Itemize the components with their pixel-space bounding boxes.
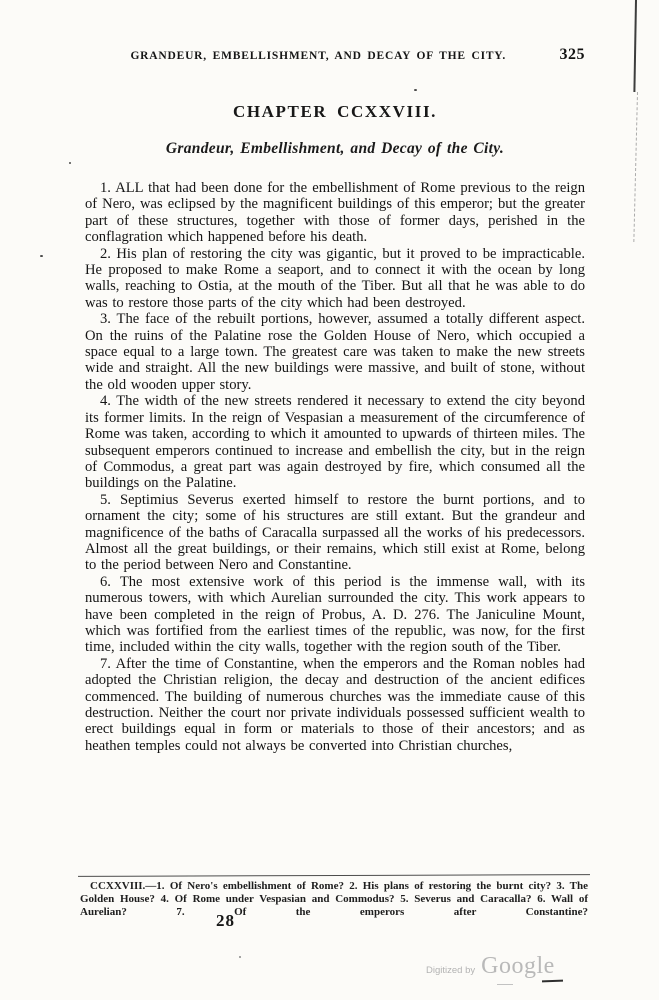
scan-speck bbox=[40, 255, 43, 257]
page-number: 325 bbox=[560, 46, 586, 64]
scan-ink-dash bbox=[497, 984, 513, 985]
scan-speck bbox=[414, 89, 417, 91]
paragraph-2: 2. His plan of restoring the city was gi… bbox=[85, 246, 585, 312]
chapter-heading: CHAPTER CCXXVIII. bbox=[85, 102, 585, 122]
scan-speck bbox=[239, 956, 241, 958]
footnote-divider bbox=[78, 874, 590, 877]
paragraph-6: 6. The most extensive work of this perio… bbox=[85, 574, 585, 656]
watermark-prefix: Digitized by bbox=[426, 965, 475, 976]
scan-edge-dashed-line bbox=[633, 92, 638, 242]
paragraph-4: 4. The width of the new streets rendered… bbox=[85, 393, 585, 491]
paragraph-3: 3. The face of the rebuilt portions, how… bbox=[85, 311, 585, 393]
paragraph-1: 1. ALL that had been done for the embell… bbox=[85, 180, 585, 246]
paragraph-5: 5. Septimius Severus exerted himself to … bbox=[85, 492, 585, 574]
scan-speck bbox=[69, 162, 71, 164]
chapter-subtitle: Grandeur, Embellishment, and Decay of th… bbox=[85, 140, 585, 158]
scan-ink-dash bbox=[542, 980, 563, 983]
footnote-questions: CCXXVIII.—1. Of Nero's embellishment of … bbox=[80, 880, 588, 919]
running-title: GRANDEUR, EMBELLISHMENT, AND DECAY OF TH… bbox=[85, 50, 552, 62]
scanned-book-page: GRANDEUR, EMBELLISHMENT, AND DECAY OF TH… bbox=[0, 0, 659, 1000]
scan-edge-line bbox=[633, 0, 637, 92]
body-text: 1. ALL that had been done for the embell… bbox=[85, 180, 585, 754]
running-head: GRANDEUR, EMBELLISHMENT, AND DECAY OF TH… bbox=[85, 46, 585, 64]
digitized-by-google-watermark: Digitized by Google bbox=[426, 953, 555, 980]
signature-mark: 28 bbox=[216, 911, 235, 931]
google-logo: Google bbox=[481, 953, 555, 980]
paragraph-7: 7. After the time of Constantine, when t… bbox=[85, 656, 585, 754]
